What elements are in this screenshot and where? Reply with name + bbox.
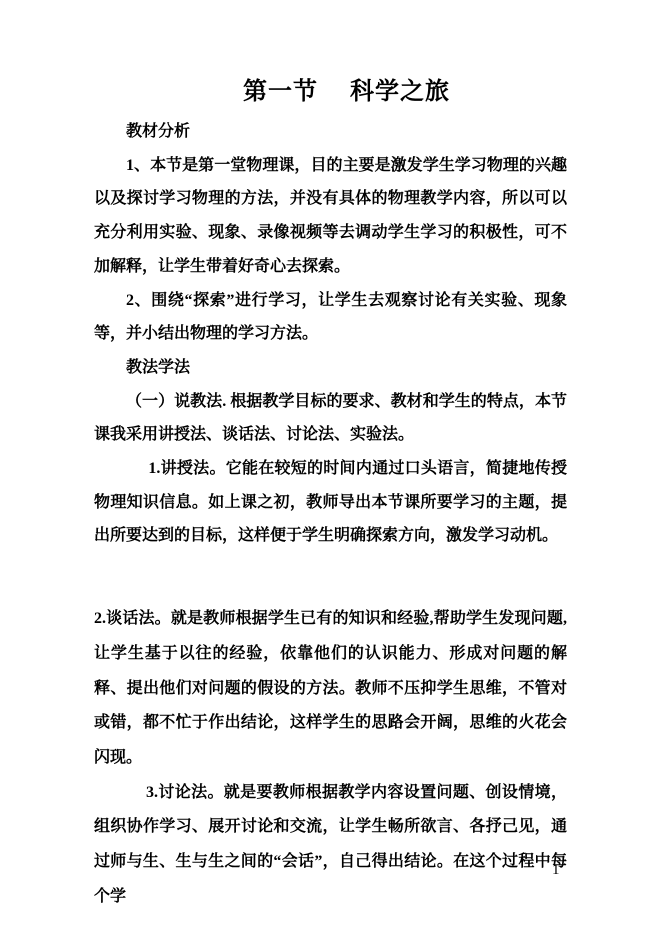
document-title: 第一节 科学之旅: [16, 78, 661, 106]
paragraph-conversation-method: 2.谈话法。就是教师根据学生已有的知识和经验,帮助学生发现问题,让学生基于以往的…: [94, 602, 567, 776]
paragraph-teaching-method-intro: （一）说教法. 根据教学目标的要求、教材和学生的特点，本节课我采用讲授法、谈话法…: [94, 385, 567, 452]
section-heading-teaching-methods: 教法学法: [94, 351, 567, 385]
paragraph-discussion-method: 3.讨论法。就是要教师根据教学内容设置问题、创设情境，组织协作学习、展开讨论和交…: [94, 776, 567, 915]
document-body: 教材分析 1、本节是第一堂物理课，目的主要是激发学生学习物理的兴趣以及探讨学习物…: [94, 115, 567, 914]
section-heading-material-analysis: 教材分析: [94, 115, 567, 149]
paragraph-point-1: 1、本节是第一堂物理课，目的主要是激发学生学习物理的兴趣以及探讨学习物理的方法，…: [94, 149, 567, 284]
blank-line: [94, 553, 567, 602]
document-page: 第一节 科学之旅 教材分析 1、本节是第一堂物理课，目的主要是激发学生学习物理的…: [0, 0, 661, 935]
paragraph-point-2: 2、围绕“探索”进行学习，让学生去观察讨论有关实验、现象等，并小结出物理的学习方…: [94, 284, 567, 351]
paragraph-lecture-method: 1.讲授法。它能在较短的时间内通过口头语言，简捷地传授物理知识信息。如上课之初，…: [94, 452, 567, 553]
page-number: 1: [552, 860, 560, 880]
